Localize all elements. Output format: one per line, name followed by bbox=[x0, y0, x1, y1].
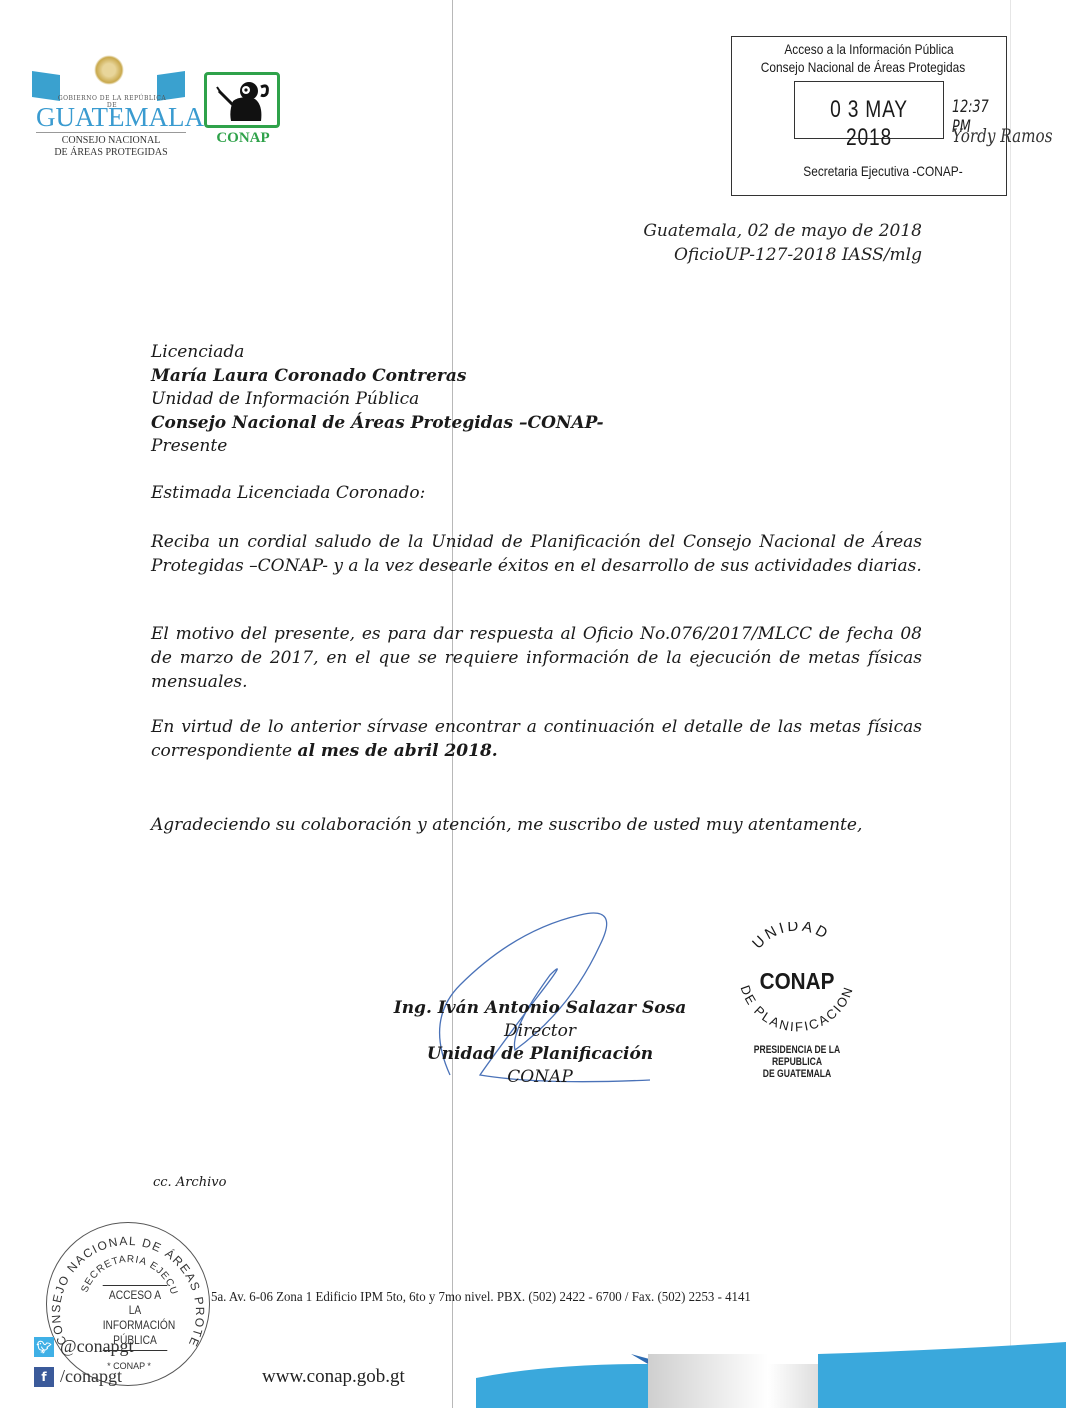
carbon-copy: cc. Archivo bbox=[153, 1175, 226, 1190]
coat-of-arms-icon bbox=[94, 55, 124, 85]
receipt-stamp: Acceso a la Información Pública Consejo … bbox=[731, 36, 1007, 196]
stamp-footer: Secretaria Ejecutiva -CONAP- bbox=[767, 163, 1000, 179]
twitter-handle[interactable]: 🐦︎ @conapgt bbox=[34, 1336, 134, 1357]
monkey-logo-frame bbox=[204, 72, 280, 128]
country-name: GUATEMALA bbox=[36, 102, 204, 133]
signature-block: Ing. Iván Antonio Salazar Sosa Director … bbox=[360, 997, 720, 1089]
monkey-icon bbox=[211, 77, 273, 123]
recipient-block: Licenciada María Laura Coronado Contrera… bbox=[151, 341, 604, 459]
divider bbox=[36, 132, 186, 133]
access-information-seal: CONSEJO NACIONAL DE ÁREAS PROTEGIDAS SEC… bbox=[46, 1222, 210, 1386]
recipient-unit: Unidad de Información Pública bbox=[151, 388, 604, 412]
signer-org: CONAP bbox=[360, 1066, 720, 1089]
guatemala-government-logo: GOBIERNO DE LA REPÚBLICA DE GUATEMALA CO… bbox=[32, 55, 192, 165]
footer-address: 5a. Av. 6-06 Zona 1 Edificio IPM 5to, 6t… bbox=[211, 1290, 751, 1306]
recipient-title: Licenciada bbox=[151, 341, 604, 365]
facebook-icon: f bbox=[34, 1367, 54, 1387]
signer-unit: Unidad de Planificación bbox=[360, 1043, 720, 1066]
stamp-center-text: CONAP bbox=[721, 968, 874, 995]
facebook-handle[interactable]: f /conapgt bbox=[34, 1366, 122, 1387]
recipient-closing: Presente bbox=[151, 435, 604, 459]
svg-text:UNIDAD: UNIDAD bbox=[749, 922, 833, 952]
stamp-date: 0 3 MAY 2018 bbox=[810, 96, 928, 152]
footer-banner bbox=[448, 1320, 1088, 1408]
salutation: Estimada Licenciada Coronado: bbox=[151, 483, 425, 503]
place-date: Guatemala, 02 de mayo de 2018 bbox=[643, 219, 922, 243]
stamp-line-2: Consejo Nacional de Áreas Protegidas bbox=[747, 59, 980, 75]
stamp-received-by: Yordy Ramos bbox=[952, 125, 1053, 147]
scan-fold-line bbox=[452, 0, 453, 1408]
stamp-date-box: 0 3 MAY 2018 bbox=[794, 81, 944, 139]
stamp-line-1: Acceso a la Información Pública bbox=[753, 41, 986, 57]
letter-header: Guatemala, 02 de mayo de 2018 OficioUP-1… bbox=[643, 219, 922, 267]
recipient-institution: Consejo Nacional de Áreas Protegidas –CO… bbox=[151, 412, 604, 436]
conap-logo-text: CONAP bbox=[204, 130, 282, 147]
conap-logo: CONAP bbox=[204, 72, 282, 152]
reference-number: OficioUP-127-2018 IASS/mlg bbox=[643, 243, 922, 267]
body-paragraph-1: Reciba un cordial saludo de la Unidad de… bbox=[151, 530, 922, 578]
closing-paragraph: Agradeciendo su colaboración y atención,… bbox=[151, 813, 922, 837]
stamp-footer-text: PRESIDENCIA DE LA REPUBLICA DE GUATEMALA bbox=[731, 1044, 864, 1080]
signer-position: Director bbox=[360, 1020, 720, 1043]
twitter-icon: 🐦︎ bbox=[34, 1337, 54, 1357]
recipient-name: María Laura Coronado Contreras bbox=[151, 365, 604, 389]
planning-unit-stamp: UNIDAD DE PLANIFICACION CONAP PRESIDENCI… bbox=[712, 922, 882, 1082]
website-link[interactable]: www.conap.gob.gt bbox=[262, 1366, 405, 1388]
scan-fold-line bbox=[1010, 0, 1011, 1408]
highlighted-period: al mes de abril 2018. bbox=[297, 741, 497, 761]
signer-name: Ing. Iván Antonio Salazar Sosa bbox=[360, 997, 720, 1020]
council-name: CONSEJO NACIONAL DE ÁREAS PROTEGIDAS bbox=[46, 135, 176, 159]
body-paragraph-3: En virtud de lo anterior sírvase encontr… bbox=[151, 715, 922, 763]
body-paragraph-2: El motivo del presente, es para dar resp… bbox=[151, 622, 922, 694]
